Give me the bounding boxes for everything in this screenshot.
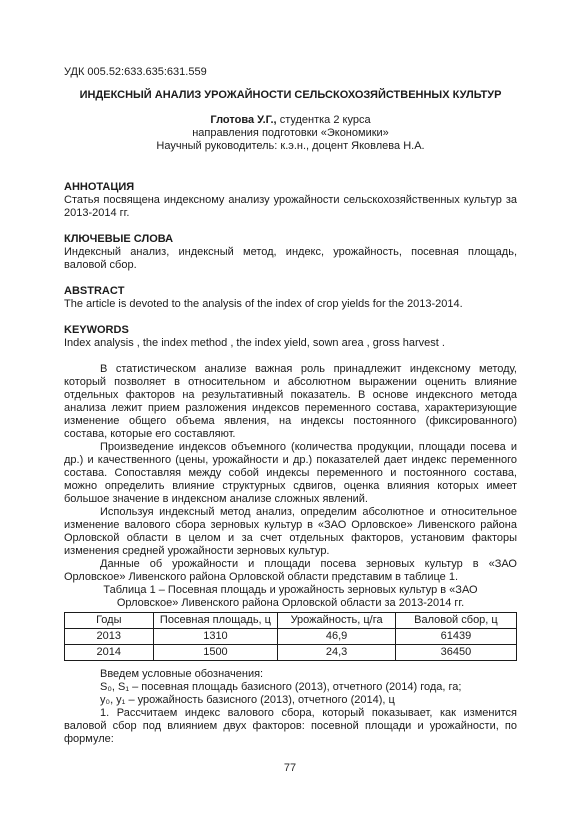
article-body: В статистическом анализе важная роль при… <box>64 363 517 746</box>
section-abstract: ABSTRACT The article is devoted to the a… <box>64 285 517 311</box>
author-program: направления подготовки «Экономики» <box>64 127 517 140</box>
col-header-gross-harvest: Валовой сбор, ц <box>395 613 516 629</box>
body-paragraph: Используя индексный метод анализ, опреде… <box>64 506 517 558</box>
body-paragraph-step1: 1. Рассчитаем индекс валового сбора, кот… <box>64 707 517 746</box>
cell-yield: 46,9 <box>278 629 396 645</box>
abstract-heading: ABSTRACT <box>64 285 517 298</box>
cell-sown-area: 1500 <box>153 645 278 661</box>
keywords-ru-heading: КЛЮЧЕВЫЕ СЛОВА <box>64 233 517 246</box>
cell-sown-area: 1310 <box>153 629 278 645</box>
article-title: ИНДЕКСНЫЙ АНАЛИЗ УРОЖАЙНОСТИ СЕЛЬСКОХОЗЯ… <box>64 89 517 102</box>
section-keywords-ru: КЛЮЧЕВЫЕ СЛОВА Индексный анализ, индексн… <box>64 233 517 272</box>
section-keywords-en: KEYWORDS Index analysis , the index meth… <box>64 324 517 350</box>
col-header-yield: Урожайность, ц/га <box>278 613 396 629</box>
notation-block: Введем условные обозначения: S₀, S₁ – по… <box>64 668 517 746</box>
col-header-years: Годы <box>65 613 154 629</box>
notation-sown-area: S₀, S₁ – посевная площадь базисного (201… <box>100 681 517 694</box>
annotation-text: Статья посвящена индексному анализу урож… <box>64 194 517 220</box>
data-table-1: Годы Посевная площадь, ц Урожайность, ц/… <box>64 612 517 661</box>
cell-year: 2014 <box>65 645 154 661</box>
body-paragraph: Произведение индексов объемного (количес… <box>64 441 517 506</box>
keywords-ru-text: Индексный анализ, индексный метод, индек… <box>64 246 517 272</box>
cell-year: 2013 <box>65 629 154 645</box>
keywords-en-heading: KEYWORDS <box>64 324 517 337</box>
cell-gross-harvest: 36450 <box>395 645 516 661</box>
supervisor-line: Научный руководитель: к.э.н., доцент Яко… <box>64 140 517 153</box>
table-header-row: Годы Посевная площадь, ц Урожайность, ц/… <box>65 613 517 629</box>
author-name: Глотова У.Г., <box>210 114 276 126</box>
notation-intro: Введем условные обозначения: <box>100 668 517 681</box>
author-line: Глотова У.Г., студентка 2 курса <box>64 114 517 127</box>
document-page: УДК 005.52:633.635:631.559 ИНДЕКСНЫЙ АНА… <box>0 0 580 820</box>
cell-yield: 24,3 <box>278 645 396 661</box>
author-role: студентка 2 курса <box>280 114 371 126</box>
section-annotation: АННОТАЦИЯ Статья посвящена индексному ан… <box>64 181 517 220</box>
abstract-text: The article is devoted to the analysis o… <box>64 298 517 311</box>
col-header-sown-area: Посевная площадь, ц <box>153 613 278 629</box>
cell-gross-harvest: 61439 <box>395 629 516 645</box>
front-matter: АННОТАЦИЯ Статья посвящена индексному ан… <box>64 181 517 350</box>
table-caption: Таблица 1 – Посевная площадь и урожайнос… <box>64 584 517 610</box>
body-paragraph: Данные об урожайности и площади посева з… <box>64 558 517 584</box>
page-number: 77 <box>0 762 580 774</box>
annotation-heading: АННОТАЦИЯ <box>64 181 517 194</box>
keywords-en-text: Index analysis , the index method , the … <box>64 337 517 350</box>
udc-code: УДК 005.52:633.635:631.559 <box>64 66 517 79</box>
table-row-2014: 2014 1500 24,3 36450 <box>65 645 517 661</box>
notation-yield: y₀, y₁ – урожайность базисного (2013), о… <box>100 694 517 707</box>
body-paragraph: В статистическом анализе важная роль при… <box>64 363 517 441</box>
table-row-2013: 2013 1310 46,9 61439 <box>65 629 517 645</box>
